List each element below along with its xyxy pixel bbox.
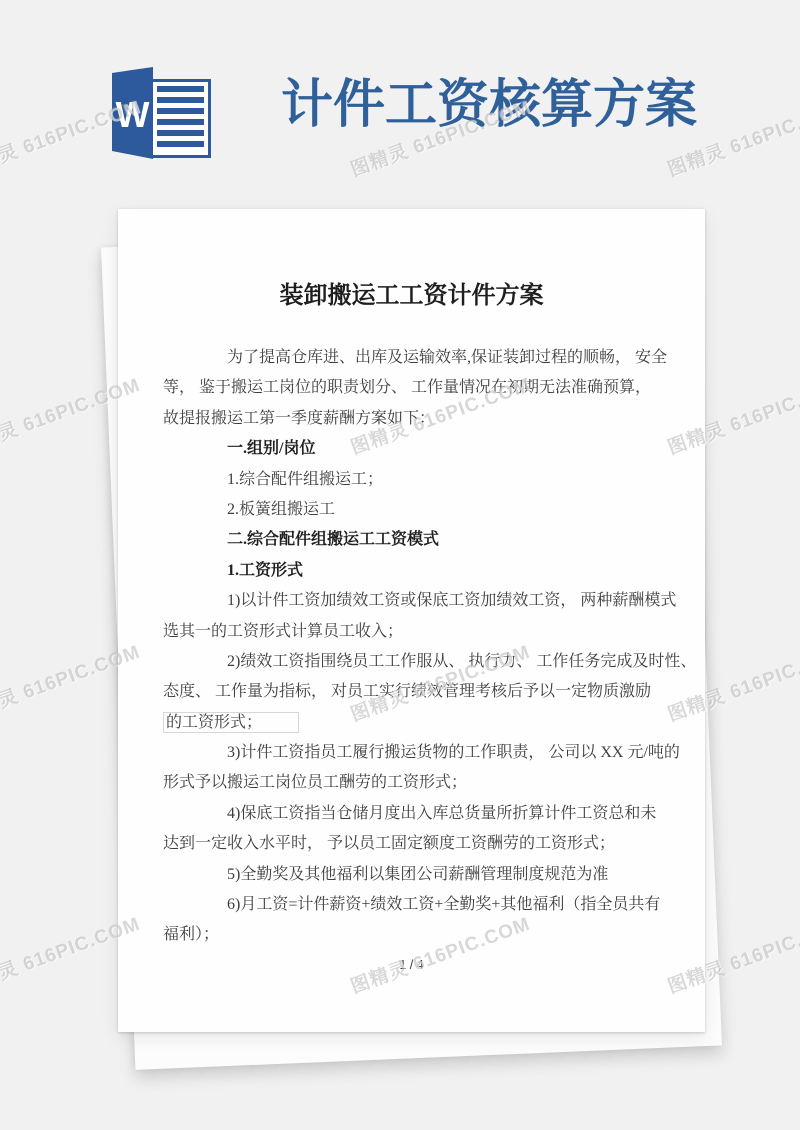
document-line: 一.组别/岗位	[163, 434, 677, 464]
page-title: 计件工资核算方案	[281, 78, 721, 138]
document-line: 等， 鉴于搬运工岗位的职责划分、 工作量情况在初期无法准确预算，	[163, 373, 677, 403]
document-line: 1.工资形式	[163, 556, 677, 586]
document-line: 3)计件工资指员工履行搬运货物的工作职责， 公司以 XX 元/吨的	[163, 738, 677, 768]
document-line: 选其一的工资形式计算员工收入；	[163, 617, 677, 647]
page-number: 1 / 4	[118, 950, 705, 980]
document-title: 装卸搬运工工资计件方案	[118, 279, 705, 313]
document-line: 4)保底工资指当仓储月度出入库总货量所折算计件工资总和未	[163, 799, 677, 829]
document-line: 故提报搬运工第一季度薪酬方案如下：	[163, 404, 677, 434]
document-line: 形式予以搬运工岗位员工酬劳的工资形式；	[163, 768, 677, 798]
document-body: 为了提高仓库进、出库及运输效率,保证装卸过程的顺畅， 安全等， 鉴于搬运工岗位的…	[163, 343, 677, 951]
document-line: 2.板簧组搬运工	[163, 495, 677, 525]
document-line: 的工资形式；	[163, 708, 677, 738]
document-line: 为了提高仓库进、出库及运输效率,保证装卸过程的顺畅， 安全	[163, 343, 677, 373]
document-line: 6)月工资=计件薪资+绩效工资+全勤奖+其他福利（指全员共有	[163, 890, 677, 920]
document-line: 态度、 工作量为指标， 对员工实行绩效管理考核后予以一定物质激励	[163, 677, 677, 707]
page-root: W 计件工资核算方案 装卸搬运工工资计件方案 为了提高仓库进、出库及运输效率,保…	[0, 0, 800, 1130]
document-line: 1.综合配件组搬运工；	[163, 465, 677, 495]
document-line: 5)全勤奖及其他福利以集团公司薪酬管理制度规范为准	[163, 860, 677, 890]
boxed-text: 的工资形式；	[163, 712, 299, 733]
document-line: 2)绩效工资指围绕员工工作服从、 执行力、 工作任务完成及时性、	[163, 647, 677, 677]
document-page-preview[interactable]: 装卸搬运工工资计件方案 为了提高仓库进、出库及运输效率,保证装卸过程的顺畅， 安…	[118, 209, 705, 1032]
document-line: 福利）；	[163, 920, 677, 950]
word-icon-letter: W	[116, 94, 150, 135]
word-icon: W	[110, 66, 212, 162]
document-line: 二.综合配件组搬运工工资模式	[163, 525, 677, 555]
document-line: 1)以计件工资加绩效工资或保底工资加绩效工资， 两种薪酬模式	[163, 586, 677, 616]
document-line: 达到一定收入水平时， 予以员工固定额度工资酬劳的工资形式；	[163, 829, 677, 859]
